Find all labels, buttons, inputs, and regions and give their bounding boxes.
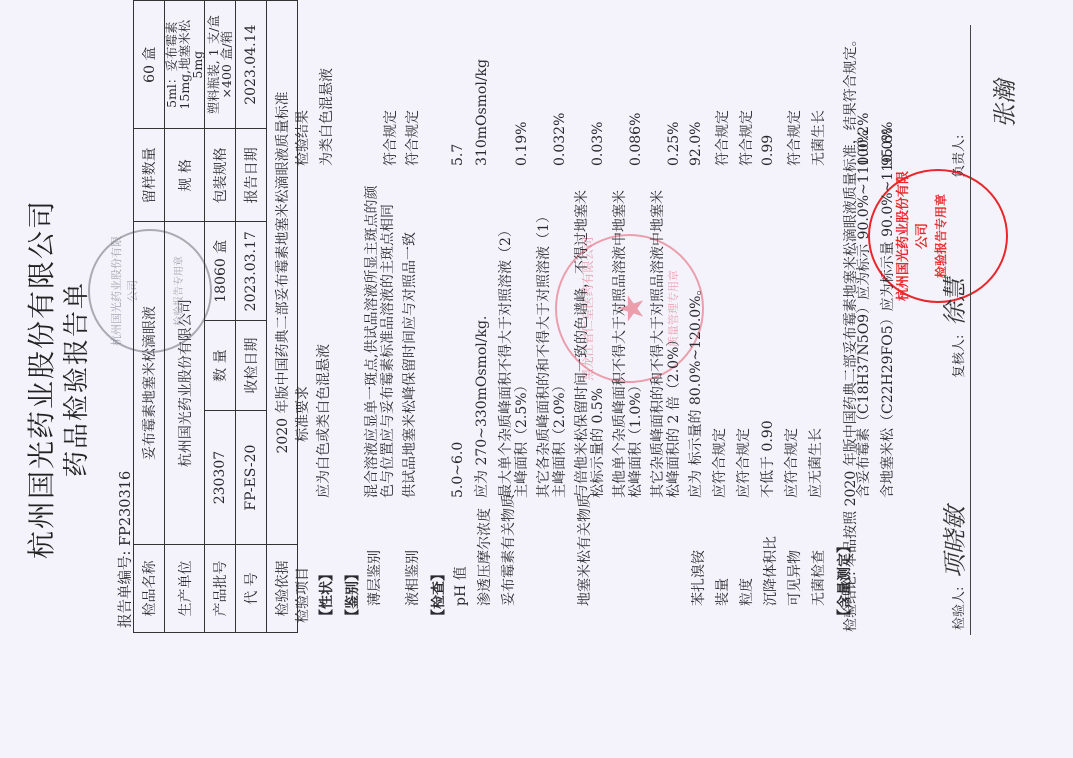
result-item: 妥布霉素有关物质: [498, 494, 518, 606]
result-standard: 混合溶液应显单一斑点,供试品溶液所显主斑点的颜 色与位置应与妥布霉素标准品溶液的…: [364, 186, 396, 498]
result-item: 地塞米松有关物质: [574, 494, 594, 606]
result-standard: 其他单个杂质峰面积不得大于对照品溶液中地塞米 松峰面积（1.0%）: [612, 190, 644, 498]
responsible-label: 负责人:: [948, 135, 967, 178]
label-report-date: 报告日期: [236, 129, 267, 222]
result-value: 100.2%: [856, 113, 872, 166]
result-item: pH 值: [450, 566, 470, 606]
reviewer-label: 复核人:: [948, 335, 967, 378]
label-product-name: 检品名称: [134, 545, 165, 633]
info-table: 检品名称 妥布霉素地塞米松滴眼液 留样数量 60 盒 生产单位 杭州国光药业股份…: [133, 0, 298, 633]
result-item: 无菌检查: [808, 550, 828, 606]
result-value: 无菌生长: [808, 110, 828, 166]
report-number-label: 报告单编号:: [118, 551, 134, 628]
result-item: 渗透压摩尔浓度: [474, 508, 494, 606]
result-value: 92.0%: [688, 122, 704, 166]
label-code: 代 号: [236, 545, 267, 633]
value-batch: 230307: [205, 411, 236, 545]
result-item: 薄层鉴别: [364, 550, 384, 606]
value-quantity: 18060 盒: [205, 222, 236, 321]
result-standard: 含妥布霉素（C18H37N5O9）应为标示 90.0%~110.0%: [856, 130, 872, 498]
inspection-report-page: 杭州国光药业股份有限公司 药品检验报告单 杭州国光药业股份有限公司 检验报告专用…: [0, 0, 1073, 758]
label-retained-qty: 留样数量: [134, 129, 165, 222]
result-value: 为类白色混悬液: [316, 68, 336, 166]
result-standard: 含地塞米松（C22H29FO5）应为标示量 90.0%~110.0%: [880, 127, 896, 498]
result-item: 可见异物: [784, 550, 804, 606]
result-item: 装量: [712, 578, 732, 606]
result-standard: 最大单个杂质峰面积不得大于对照溶液（2） 主峰面积（2.5%）: [498, 223, 530, 498]
result-item: 液相鉴别: [402, 550, 422, 606]
result-value: 符合规定: [402, 110, 422, 166]
result-value: 符合规定: [380, 110, 400, 166]
result-standard: 应为 标示量的 80.0%~120.0%。: [688, 282, 704, 499]
section-heading: 【性状】: [316, 567, 336, 623]
company-title: 杭州国光药业股份有限公司: [20, 0, 60, 758]
result-value: 0.03%: [590, 122, 606, 166]
label-received-date: 收检日期: [236, 321, 267, 411]
section-heading: 【鉴别】: [342, 567, 362, 623]
signature-line: [970, 25, 971, 635]
result-standard: 应为 270~330mOsmol/kg.: [474, 316, 490, 498]
value-packaging: 塑料瓶装, 1 支/盒×400 盒/箱: [205, 1, 236, 129]
result-standard: 应符合规定: [736, 428, 752, 498]
value-manufacturer: 杭州国光药业股份有限公司: [165, 222, 205, 545]
column-header-result: 检验结果: [292, 110, 312, 166]
label-packaging: 包装规格: [205, 129, 236, 222]
report-number: 报告单编号: FP230316: [114, 471, 135, 628]
result-item: 苯扎溴铵: [688, 550, 708, 606]
value-product-name: 妥布霉素地塞米松滴眼液: [134, 222, 165, 545]
result-value: 0.19%: [514, 122, 530, 166]
value-retained-qty: 60 盒: [134, 1, 165, 129]
result-value: 310mOsmol/kg: [474, 59, 490, 166]
value-report-date: 2023.04.14: [236, 1, 267, 129]
result-item: 粒度: [736, 578, 756, 606]
result-standard: 5.0~6.0: [450, 442, 466, 498]
result-value: 符合规定: [712, 110, 732, 166]
report-number-value: FP230316: [118, 471, 134, 546]
value-spec: 5ml：妥布霉素 15mg,地塞米松 5mg: [165, 1, 205, 129]
column-header-standard: 标准要求: [292, 386, 312, 442]
inspector-signature: 项晓敏: [935, 506, 970, 578]
result-standard: 其它各杂质峰面积的和不得大于对照溶液（1） 主峰面积（2.0%）: [536, 209, 568, 498]
document-title: 药品检验报告单: [56, 0, 93, 758]
label-quantity: 数 量: [205, 321, 236, 411]
label-batch: 产品批号: [205, 545, 236, 633]
result-standard: 应符合规定: [784, 428, 800, 498]
result-value: 0.99: [760, 135, 776, 166]
result-value: 5.7: [450, 144, 466, 166]
value-code: FP-ES-20: [236, 411, 267, 545]
label-spec: 规 格: [165, 129, 205, 222]
inspector-label: 检验人:: [948, 587, 967, 630]
reviewer-signature: 徐慧: [935, 278, 970, 326]
value-received-date: 2023.03.17: [236, 222, 267, 321]
result-value: 0.032%: [552, 113, 568, 166]
result-standard: 其它杂质峰面积的和不得大于对照品溶液中地塞米 松峰面积的 2 倍（2.0%）: [650, 190, 682, 498]
label-manufacturer: 生产单位: [165, 545, 205, 633]
responsible-signature: 张瀚: [985, 80, 1020, 128]
result-value: 符合规定: [736, 110, 756, 166]
section-heading: 【检查】: [428, 567, 448, 623]
result-standard: 应为白色或类白色混悬液: [316, 344, 332, 498]
value-basis: 2020 年版中国药典二部妥布霉素地塞米松滴眼液质量标准: [267, 1, 298, 545]
result-value: 95.6%: [880, 122, 896, 166]
section-heading: 【含量测定】: [834, 539, 854, 623]
result-value: 0.25%: [666, 122, 682, 166]
result-standard: 应无菌生长: [808, 428, 824, 498]
result-standard: 不低于 0.90: [760, 420, 776, 498]
result-value: 符合规定: [784, 110, 804, 166]
result-item: 沉降体积比: [760, 536, 780, 606]
column-header-item: 检验项目: [292, 567, 312, 623]
result-value: 0.086%: [628, 113, 644, 166]
result-standard: 与倍他米松保留时间一致的色谱峰，不得过地塞米 松标示量的 0.5%: [574, 190, 606, 498]
result-standard: 供试品地塞米松峰保留时间应与对照品一致: [402, 232, 418, 498]
result-standard: 应符合规定: [712, 428, 728, 498]
